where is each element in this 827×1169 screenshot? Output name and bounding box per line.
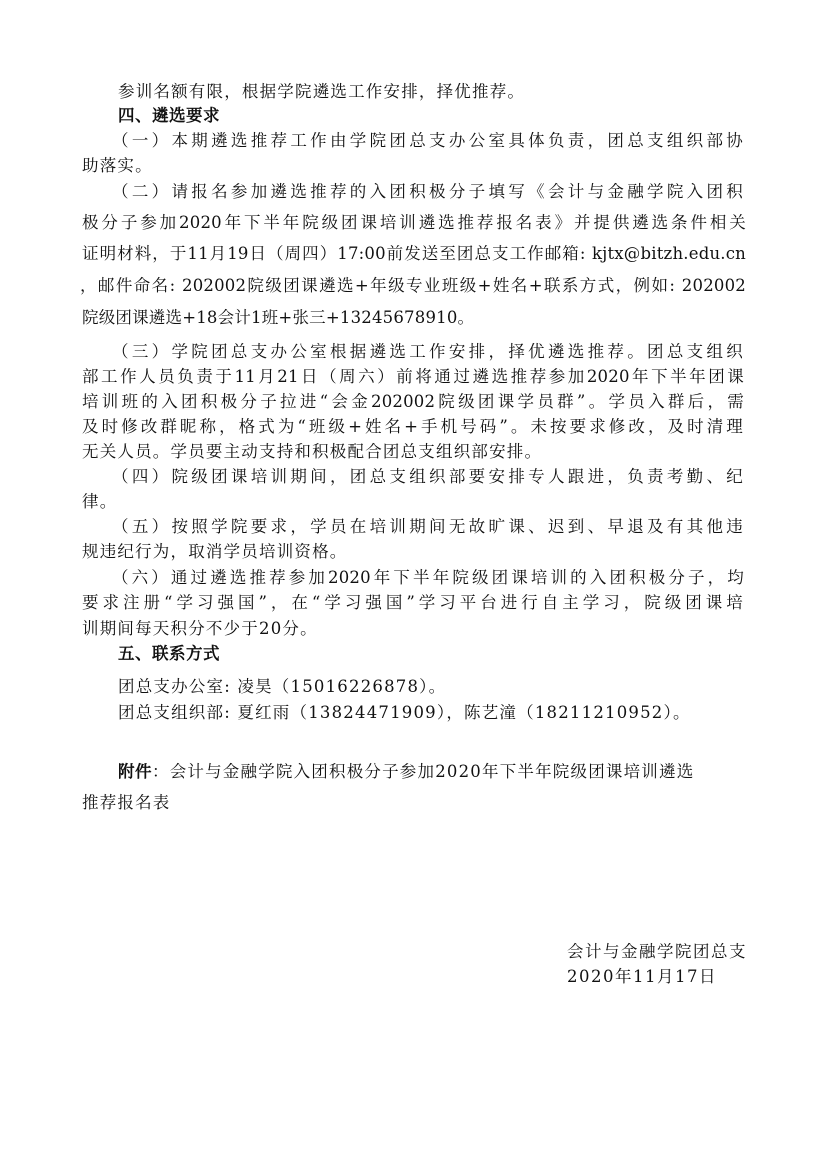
item6-line2: 要求注册“学习强国”，在“学习强国”学习平台进行自主学习，院级团课培 [82, 593, 744, 613]
item2-line1: （二）请报名参加遴选推荐的入团积极分子填写《会计与金融学院入团积 [112, 182, 744, 202]
attachment-label: 附件 [118, 762, 152, 781]
item6-line1: （六）通过遴选推荐参加2020年下半年院级团课培训的入团积极分子，均 [112, 568, 744, 588]
item2-line5: 院级团课遴选+18会计1班+张三+13245678910。 [82, 308, 474, 328]
item6-line3: 训期间每天积分不少于20分。 [82, 619, 318, 639]
item5-line2: 规违纪行为，取消学员培训资格。 [82, 542, 348, 562]
item2-line3: 证明材料，于11月19日（周四）17:00前发送至团总支工作邮箱: kjtx@b… [82, 244, 746, 264]
contact-office: 团总支办公室: 凌昊（15016226878）。 [118, 677, 446, 697]
item3-line4: 及时修改群昵称，格式为“班级+姓名+手机号码”。未按要求修改，及时清理 [82, 417, 744, 437]
contact-org-dept: 团总支组织部: 夏红雨（13824471909），陈艺潼（18211210952… [118, 703, 691, 723]
document-page: 参训名额有限，根据学院遴选工作安排，择优推荐。 四、遴选要求 （一）本期遴选推荐… [0, 0, 827, 1169]
signature-org: 会计与金融学院团总支 [567, 942, 747, 962]
section5-heading: 五、联系方式 [118, 644, 220, 664]
attachment-line1: 附件：会计与金融学院入团积极分子参加2020年下半年院级团课培训遴选 [118, 762, 746, 782]
item4-line1: （四）院级团课培训期间，团总支组织部要安排专人跟进，负责考勤、纪 [112, 467, 744, 487]
attachment-text: ：会计与金融学院入团积极分子参加2020年下半年院级团课培训遴选 [152, 762, 694, 781]
item1-line2: 助落实。 [82, 156, 153, 176]
item1-line1: （一）本期遴选推荐工作由学院团总支办公室具体负责，团总支组织部协 [112, 131, 744, 151]
item3-line5: 无关人员。学员要主动支持和积极配合团总支组织部安排。 [82, 442, 542, 462]
item3-line3: 培训班的入团积极分子拉进“会金202002院级团课学员群”。学员入群后，需 [82, 392, 744, 412]
signature-date: 2020年11月17日 [567, 967, 717, 987]
item2-line2: 极分子参加2020年下半年院级团课培训遴选推荐报名表》并提供遴选条件相关 [82, 213, 746, 233]
item4-line2: 律。 [82, 492, 117, 512]
intro-tail-text: 参训名额有限，根据学院遴选工作安排，择优推荐。 [118, 82, 525, 102]
section4-heading: 四、遴选要求 [118, 106, 220, 126]
item2-line4: ，邮件命名: 202002院级团课遴选+年级专业班级+姓名+联系方式，例如: 2… [80, 276, 746, 296]
attachment-line2: 推荐报名表 [82, 793, 171, 813]
item3-line1: （三）学院团总支办公室根据遴选工作安排，择优遴选推荐。团总支组织 [112, 342, 744, 362]
item5-line1: （五）按照学院要求，学员在培训期间无故旷课、迟到、早退及有其他违 [112, 517, 744, 537]
item3-line2: 部工作人员负责于11月21日（周六）前将通过遴选推荐参加2020年下半年团课 [82, 367, 744, 387]
